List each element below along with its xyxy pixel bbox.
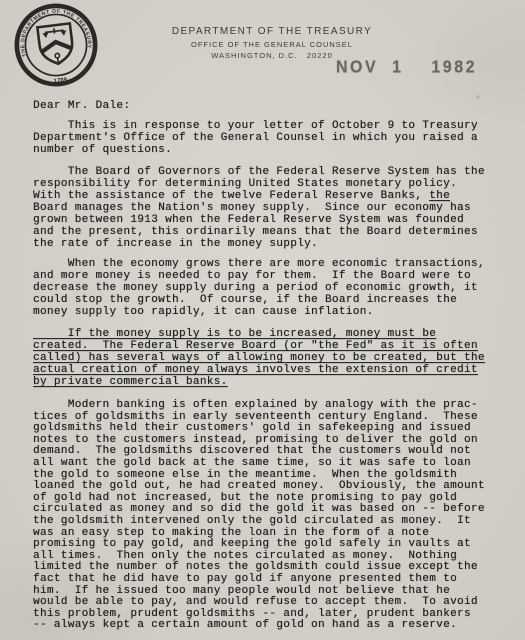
letter-line: Department's Office of the General Couns… [33, 132, 503, 144]
letter-line: Board manages the Nation's money supply.… [33, 202, 503, 214]
letter-line: loaned the gold out, he had created mone… [33, 481, 503, 493]
letter-line: Modern banking is often explained by ana… [33, 400, 503, 412]
letter-line: the rate of increase in the money supply… [33, 238, 503, 250]
letterhead: DEPARTMENT OF THE TREASURY OFFICE OF THE… [150, 26, 394, 60]
letterhead-office: OFFICE OF THE GENERAL COUNSEL [150, 40, 394, 49]
paragraph-2: The Board of Governors of the Federal Re… [33, 166, 503, 250]
line-segment: With the assistance of the twelve Federa… [33, 190, 429, 202]
paragraph-3: When the economy grows there are more ec… [33, 258, 503, 318]
letter-line: actual creation of money always involves… [33, 364, 503, 376]
letter-line: -- always kept a certain amount of gold … [33, 620, 503, 632]
letter-line: When the economy grows there are more ec… [33, 258, 503, 270]
letter-line: If the money supply is to be increased, … [33, 328, 503, 340]
salutation: Dear Mr. Dale: [33, 100, 503, 112]
letter-body: Dear Mr. Dale: This is in response to yo… [33, 100, 503, 632]
letter-line: created. The Federal Reserve Board (or "… [33, 340, 503, 352]
letter-line: and more money is needed to pay for them… [33, 270, 503, 282]
letter-line: all want the gold back at the same time,… [33, 458, 503, 470]
letter-line: decrease the money supply during a perio… [33, 282, 503, 294]
letter-line: fact that he did have to pay gold if any… [33, 574, 503, 586]
letter-line: could stop the growth. Of course, if the… [33, 294, 503, 306]
letter-line: would be able to pay, and would refuse t… [33, 597, 503, 609]
letter-line: promising to pay gold, and keeping the g… [33, 539, 503, 551]
seal-shield [37, 23, 74, 65]
letterhead-agency: DEPARTMENT OF THE TREASURY [150, 26, 394, 37]
treasury-seal-icon: THE DEPARTMENT OF THE TREASURY 1789 [8, 0, 104, 93]
letter-line: responsibility for determining United St… [33, 178, 503, 190]
letter-line: The Board of Governors of the Federal Re… [33, 166, 503, 178]
letter-line: grown between 1913 when the Federal Rese… [33, 214, 503, 226]
letter-line: the goldsmith intervened only the gold c… [33, 516, 503, 528]
letter-page: THE DEPARTMENT OF THE TREASURY 1789 DEPA… [0, 0, 525, 640]
letter-line: by private commercial banks. [33, 376, 503, 388]
date-stamp: NOV 1 1982 [336, 58, 477, 77]
paragraph-5: Modern banking is often explained by ana… [33, 400, 503, 632]
letter-line: money supply too rapidly, it can cause i… [33, 306, 503, 318]
paragraph-1: This is in response to your letter of Oc… [33, 120, 503, 156]
paragraph-4-underlined: If the money supply is to be increased, … [33, 328, 503, 388]
letter-line: number of questions. [33, 144, 503, 156]
letter-line: called) has several ways of allowing mon… [33, 352, 503, 364]
underlined-word: the [429, 190, 450, 202]
letter-line: With the assistance of the twelve Federa… [33, 190, 503, 202]
letter-line: and the present, this ordinarily means t… [33, 226, 503, 238]
letter-line: This is in response to your letter of Oc… [33, 120, 503, 132]
